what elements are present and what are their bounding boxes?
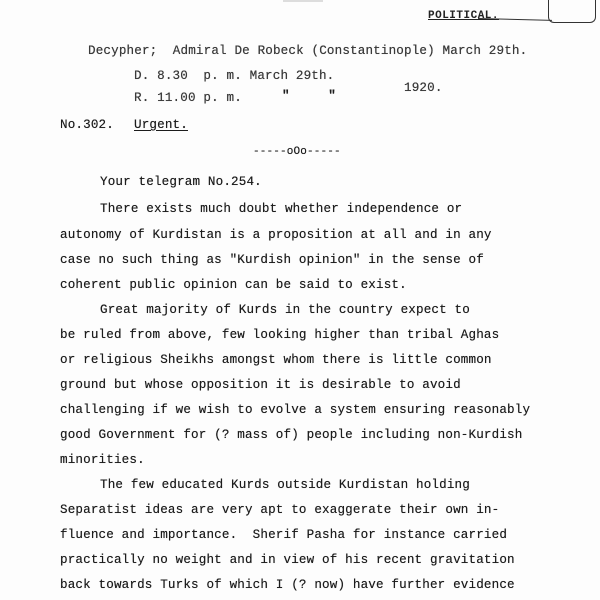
despatched-line: D. 8.30 p. m. March 29th. [134,68,334,84]
body-line: autonomy of Kurdistan is a proposition a… [60,227,492,243]
body-line: practically no weight and in view of his… [60,552,515,568]
priority-label: Urgent. [134,117,188,133]
document-page: POLITICAL. Decypher; Admiral De Robeck (… [0,0,600,600]
body-line: ground but whose opposition it is desira… [60,377,461,393]
body-line: The few educated Kurds outside Kurdistan… [100,477,470,493]
registry-stamp-box [548,0,596,23]
body-line: challenging if we wish to evolve a syste… [60,402,530,418]
decypher-line: Decypher; Admiral De Robeck (Constantino… [88,43,527,59]
page-top-mark [283,0,323,2]
body-line: minorities. [60,452,145,468]
section-separator: -----oOo----- [253,144,341,160]
telegram-number: No.302. [60,117,114,133]
received-line: R. 11.00 p. m. [134,90,242,106]
body-line: Your telegram No.254. [100,174,262,190]
body-line: Great majority of Kurds in the country e… [100,302,470,318]
body-line: case no such thing as "Kurdish opinion" … [60,252,484,268]
classification-label: POLITICAL. [428,10,499,22]
body-line: or religious Sheikhs amongst whom there … [60,352,492,368]
body-line: be ruled from above, few looking higher … [60,327,499,343]
body-line: back towards Turks of which I (? now) ha… [60,577,515,593]
body-line: There exists much doubt whether independ… [100,201,462,217]
body-line: Separatist ideas are very apt to exagger… [60,502,499,518]
body-line: coherent public opinion can be said to e… [60,277,407,293]
year-label: 1920. [404,80,443,96]
body-line: good Government for (? mass of) people i… [60,427,522,443]
body-line: fluence and importance. Sherif Pasha for… [60,527,507,543]
ditto-marks: " " [282,88,336,104]
